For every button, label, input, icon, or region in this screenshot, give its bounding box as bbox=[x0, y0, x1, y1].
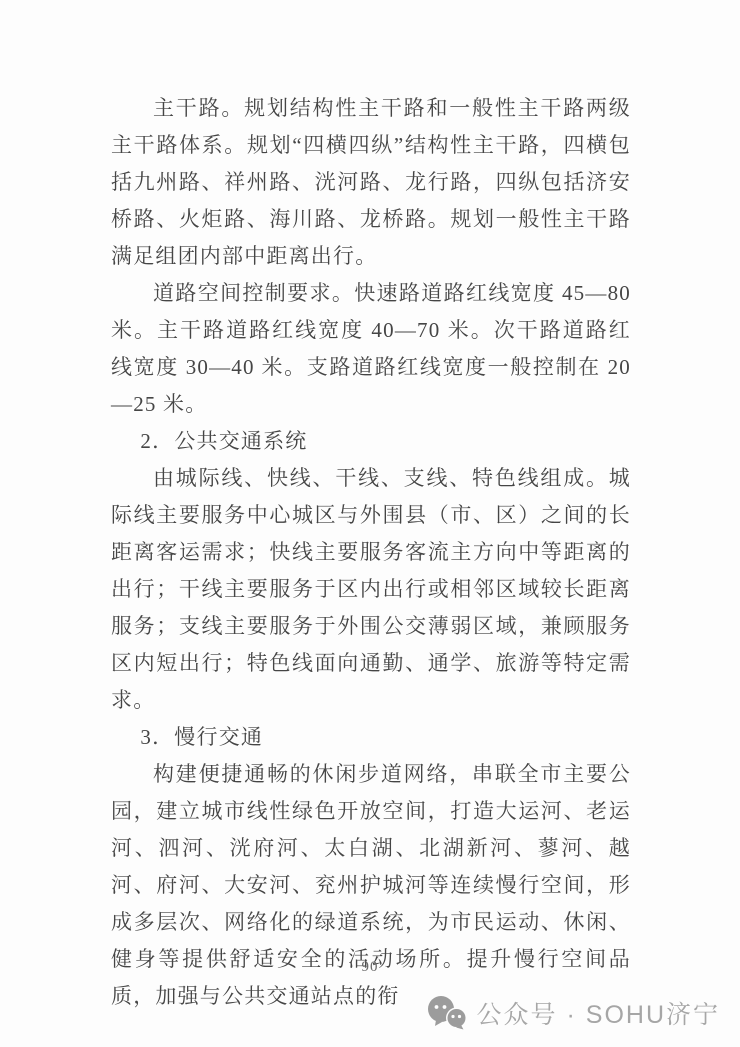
body-paragraph: 主干路。规划结构性主干路和一般性主干路两级主干路体系。规划“四横四纵”结构性主干… bbox=[111, 90, 631, 275]
section-heading: 2．公共交通系统 bbox=[111, 423, 631, 460]
page-number: 90 bbox=[0, 959, 740, 976]
document-body: 主干路。规划结构性主干路和一般性主干路两级主干路体系。规划“四横四纵”结构性主干… bbox=[111, 90, 631, 1015]
watermark: 公众号 · SOHU济宁 bbox=[426, 995, 720, 1031]
body-paragraph: 道路空间控制要求。快速路道路红线宽度 45—80 米。主干路道路红线宽度 40—… bbox=[111, 275, 631, 423]
section-heading: 3．慢行交通 bbox=[111, 719, 631, 756]
body-paragraph: 由城际线、快线、干线、支线、特色线组成。城际线主要服务中心城区与外围县（市、区）… bbox=[111, 460, 631, 719]
document-page: 主干路。规划结构性主干路和一般性主干路两级主干路体系。规划“四横四纵”结构性主干… bbox=[0, 0, 740, 1047]
wechat-icon bbox=[426, 995, 468, 1031]
watermark-text: 公众号 · SOHU济宁 bbox=[477, 995, 720, 1031]
body-paragraph: 构建便捷通畅的休闲步道网络，串联全市主要公园，建立城市线性绿色开放空间，打造大运… bbox=[111, 756, 631, 1015]
